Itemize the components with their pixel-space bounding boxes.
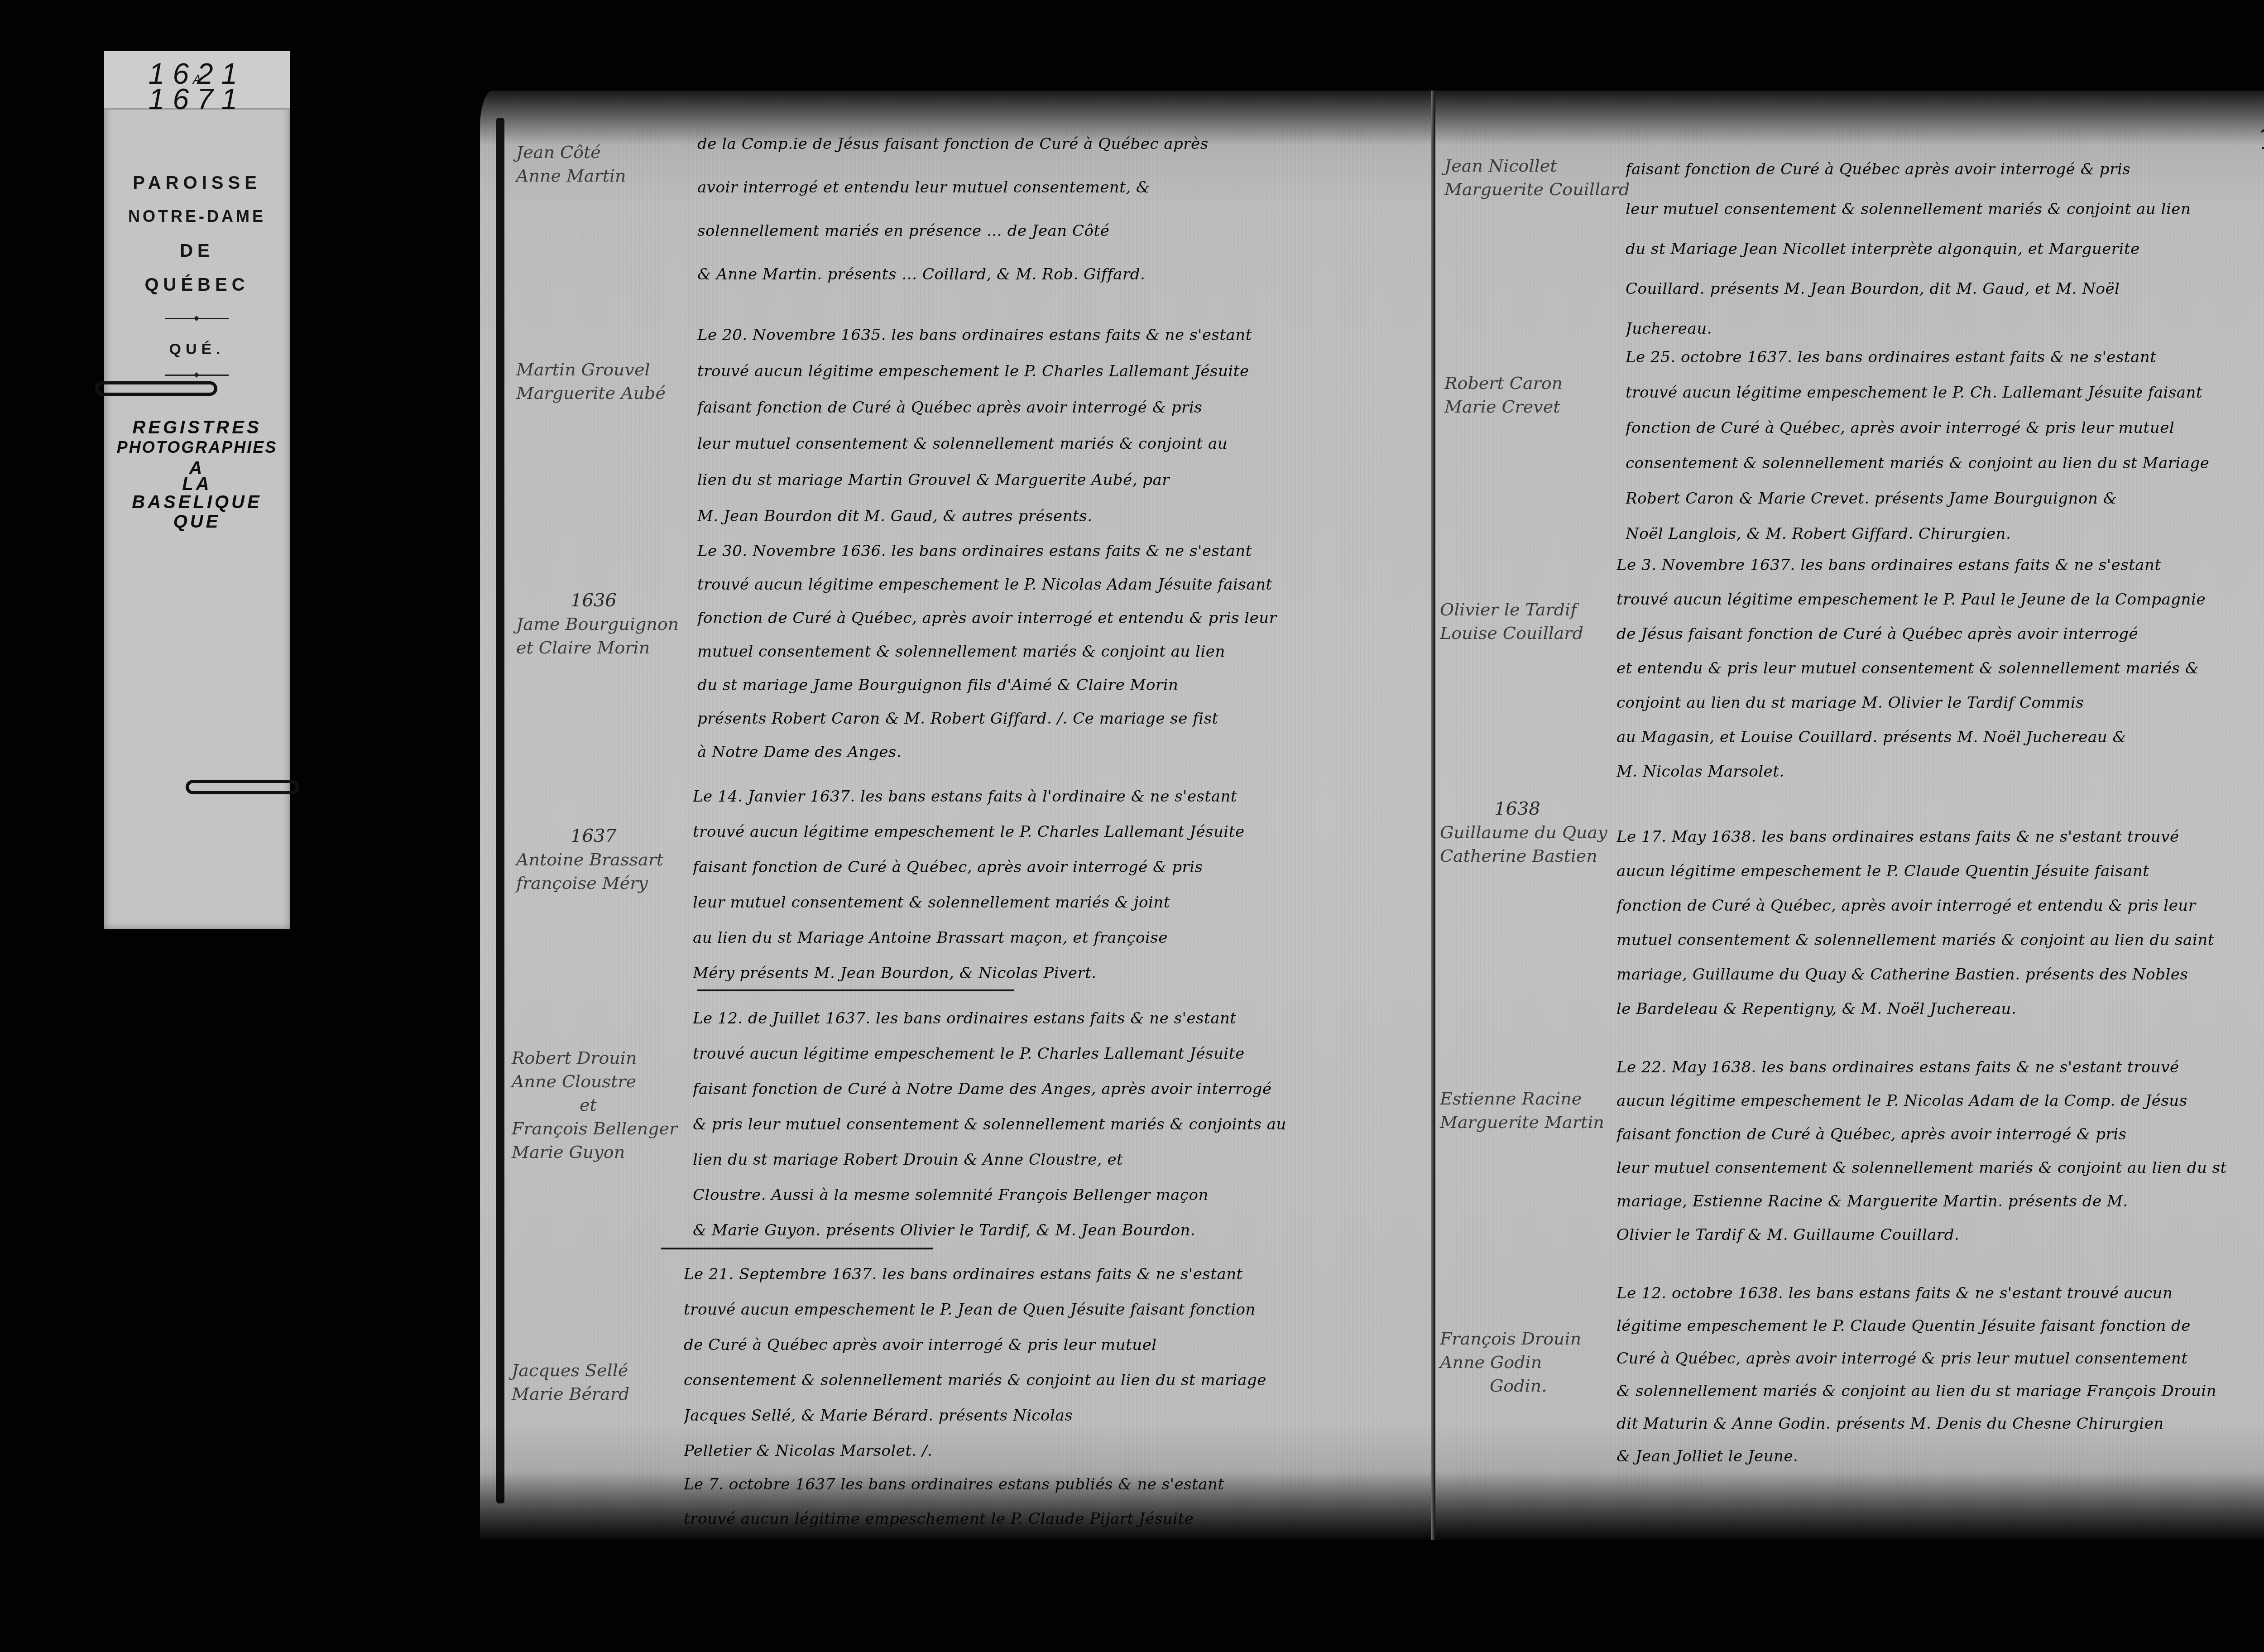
province-label: QUÉ. [104,341,290,358]
label-year-range: 1621 A 1671 [104,51,290,110]
parish-line-1: PAROISSE [104,173,290,193]
margin-note: François Drouin Anne Godin Godin. [1440,1327,1621,1397]
register-entry: Le 12. de Juillet 1637. les bans ordinai… [693,1001,1417,1248]
paperclip-icon [186,780,299,794]
register-entry: Le 3. Novembre 1637. les bans ordinaires… [1616,548,2264,789]
register-entry: Le 21. Septembre 1637. les bans ordinair… [684,1257,1408,1469]
year-end: 1671 [104,82,290,116]
parish-line-3: DE [104,241,290,261]
margin-note: Jean Côté Anne Martin [516,140,697,187]
margin-note: Robert Drouin Anne Cloustre et François … [512,1046,693,1164]
parish-line-4: QUÉBEC [104,275,290,295]
microfilm-frame: 1621 A 1671 PAROISSE NOTRE-DAME DE QUÉBE… [0,0,2264,1652]
register-entry: Le 25. octobre 1637. les bans ordinaires… [1626,340,2264,552]
register-entry: faisant fonction de Curé à Québec après … [1626,149,2264,349]
margin-note: 1638 Guillaume du Quay Catherine Bastien [1440,797,1621,868]
separator-ornament [165,318,229,319]
margin-note: Estienne Racine Marguerite Martin [1440,1087,1621,1134]
margin-note: Olivier le Tardif Louise Couillard [1440,598,1621,645]
margin-note: 1637 Antoine Brassart françoise Méry [516,824,697,895]
register-entry: Le 17. May 1638. les bans ordinaires est… [1616,820,2264,1026]
page-edge [496,118,504,1503]
register-entry: Le 12. octobre 1638. les bans estans fai… [1616,1277,2264,1473]
archival-label-strip: 1621 A 1671 PAROISSE NOTRE-DAME DE QUÉBE… [104,51,290,929]
register-entry: Le 30. Novembre 1636. les bans ordinaire… [697,534,1422,769]
margin-note: Jean Nicollet Marguerite Couillard [1444,154,1626,201]
margin-note: Robert Caron Marie Crevet [1444,371,1626,418]
left-page: Jean Côté Anne Martin Martin Grouvel Mar… [480,91,1435,1540]
note-line-4: LA [104,474,290,495]
register-entry: de la Comp.ie de Jésus faisant fonction … [697,122,1422,296]
entry-divider [661,1248,933,1249]
note-line-6: QUE [104,512,290,532]
note-line-5: BASELIQUE [104,492,290,513]
register-entry: Le 20. Novembre 1635. les bans ordinaire… [697,317,1422,534]
note-line-2: PHOTOGRAPHIES [104,438,290,457]
margin-note: Martin Grouvel Marguerite Aubé [516,358,697,405]
register-book: Jean Côté Anne Martin Martin Grouvel Mar… [480,91,2264,1540]
separator-ornament [165,375,229,376]
parish-line-2: NOTRE-DAME [104,207,290,226]
note-line-1: REGISTRES [104,418,290,438]
entry-divider [697,989,1014,991]
register-entry: Le 14. Janvier 1637. les bans estans fai… [693,779,1417,991]
margin-note: Jacques Sellé Marie Bérard [512,1359,693,1406]
paperclip-icon [95,381,217,396]
margin-note: 1636 Jame Bourguignon et Claire Morin [516,589,697,659]
right-page: 102 Jean Nicollet Marguerite Couillard R… [1435,91,2264,1540]
register-entry: Le 22. May 1638. les bans ordinaires est… [1616,1051,2264,1252]
